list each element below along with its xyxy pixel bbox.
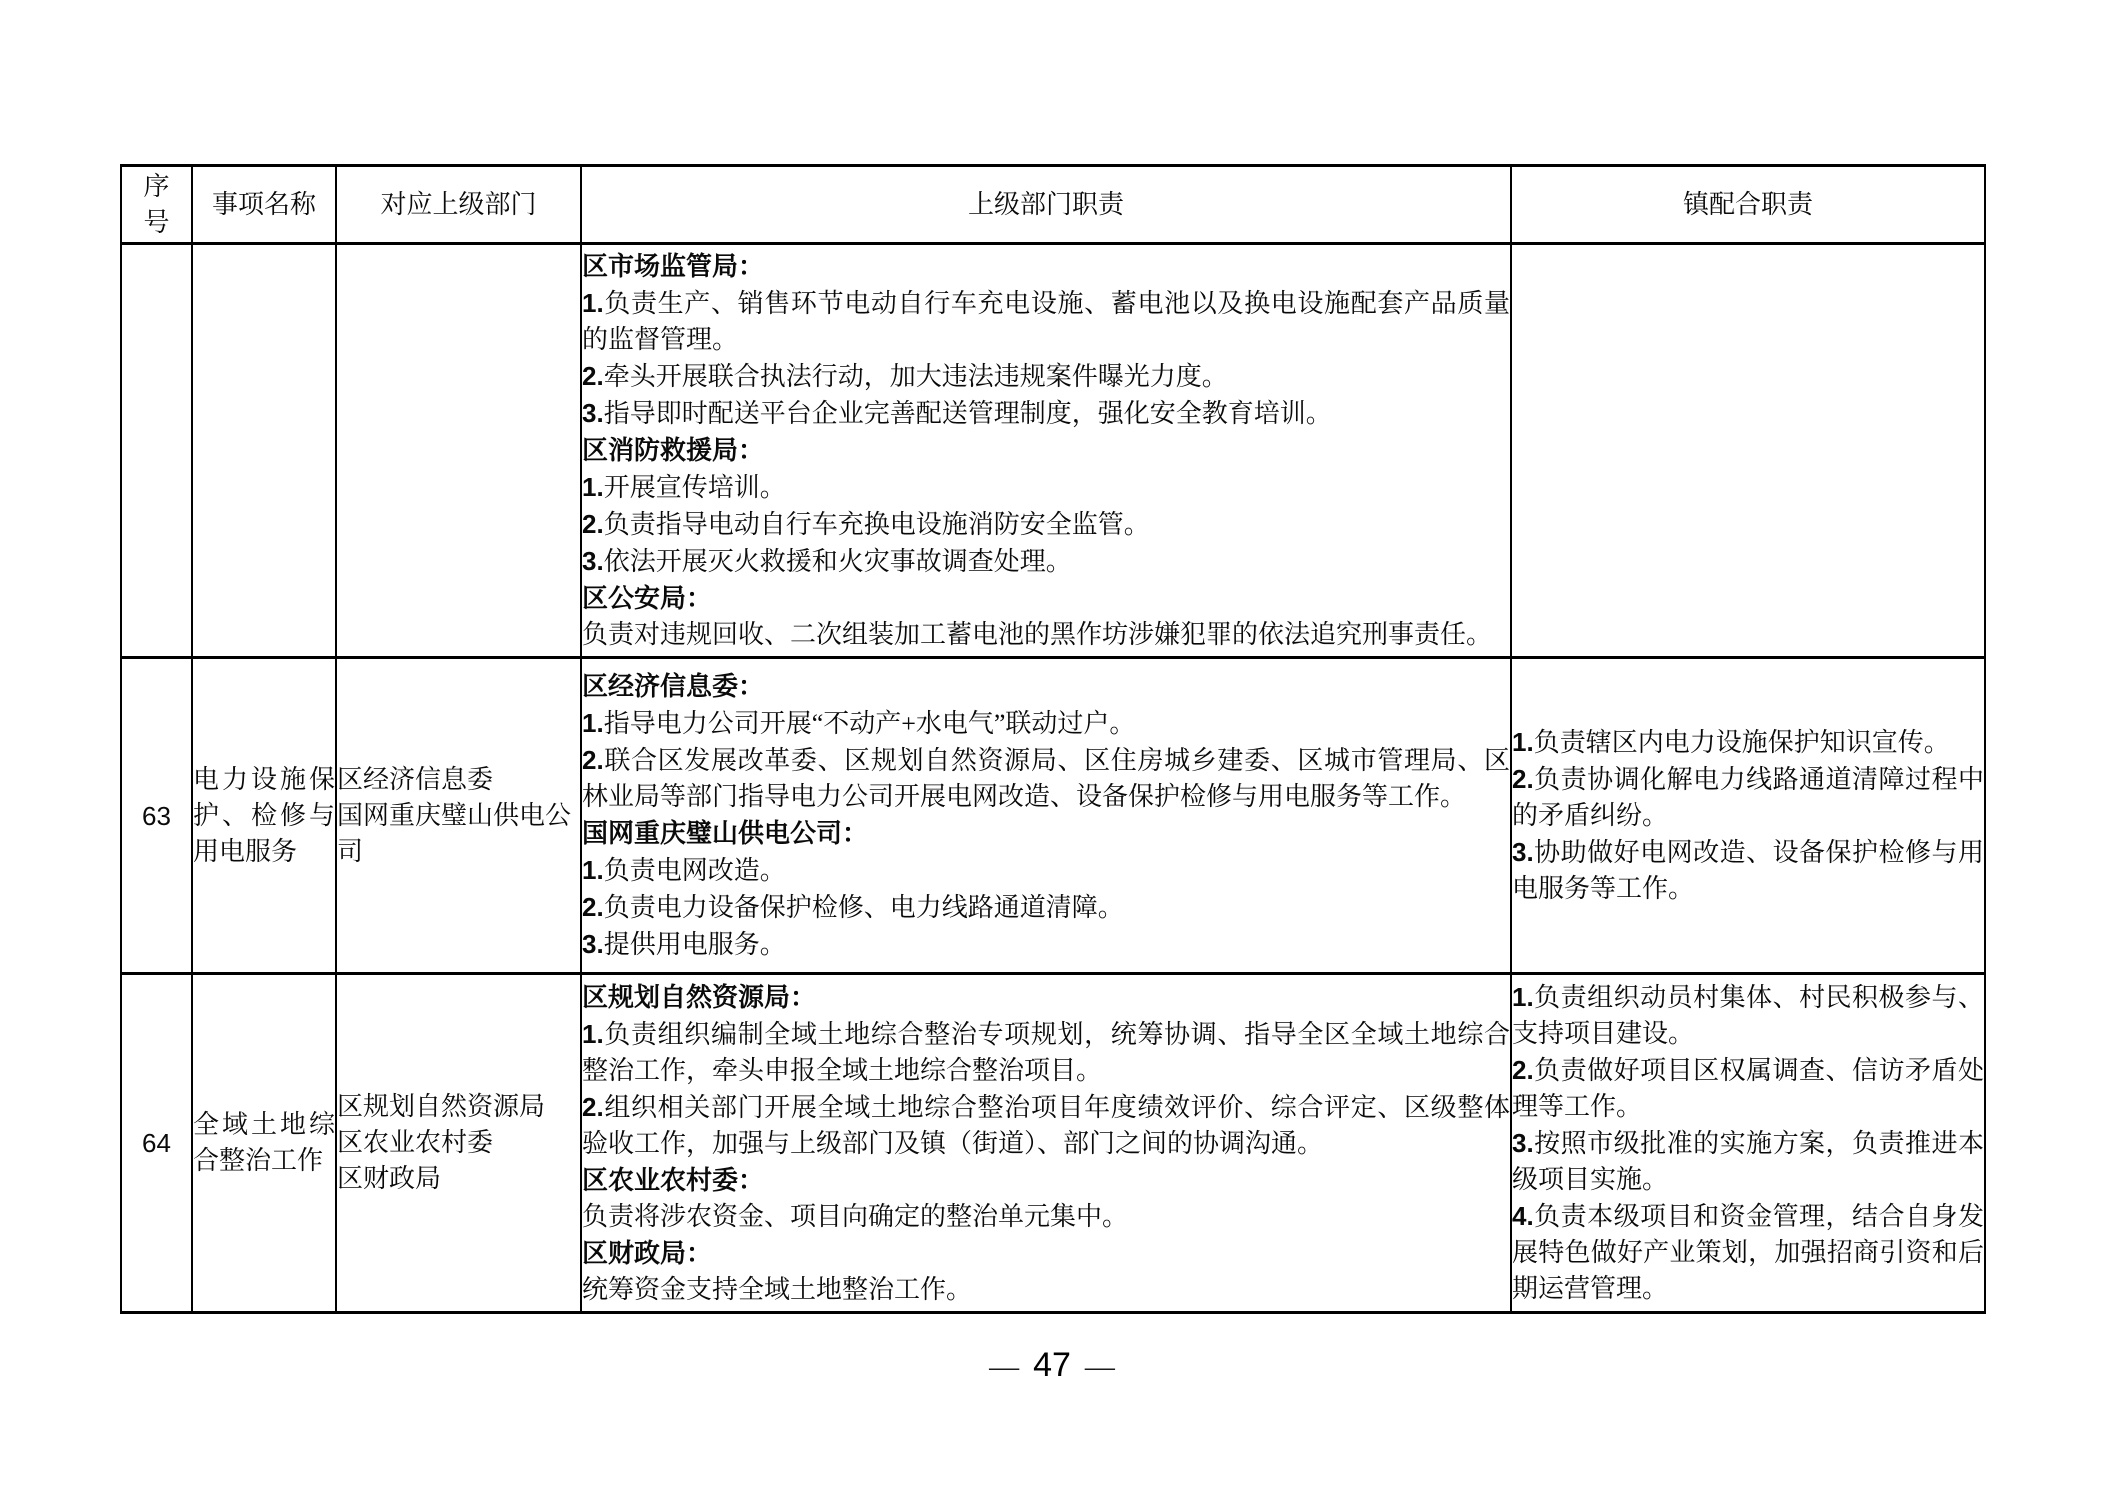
duty-dept-head: 区消防救援局： bbox=[582, 432, 1510, 469]
header-cell-2: 对应上级部门 bbox=[336, 166, 581, 244]
table-header-row: 序号事项名称对应上级部门上级部门职责镇配合职责 bbox=[121, 166, 1985, 244]
department-name: 区农业农村委 bbox=[337, 1125, 580, 1161]
duty-item: 2.联合区发展改革委、区规划自然资源局、区住房城乡建委、区城市管理局、区林业局等… bbox=[582, 742, 1510, 815]
duty-dept-head: 区经济信息委： bbox=[582, 668, 1510, 705]
duty-dept-head: 区财政局： bbox=[582, 1235, 1510, 1272]
duty-item: 1.开展宣传培训。 bbox=[582, 469, 1510, 506]
duty-item: 统筹资金支持全域土地整治工作。 bbox=[582, 1272, 1510, 1308]
duty-item: 2.负责做好项目区权属调查、信访矛盾处理等工作。 bbox=[1512, 1052, 1984, 1125]
duty-item: 3.提供用电服务。 bbox=[582, 926, 1510, 963]
table-row-cont: 区市场监管局：1.负责生产、销售环节电动自行车充电设施、蓄电池以及换电设施配套产… bbox=[121, 244, 1985, 658]
duty-item: 2.负责协调化解电力线路通道清障过程中的矛盾纠纷。 bbox=[1512, 761, 1984, 834]
item-name-cell: 电力设施保护、检修与用电服务 bbox=[192, 658, 336, 974]
duty-item: 2.组织相关部门开展全域土地综合整治项目年度绩效评价、综合评定、区级整体验收工作… bbox=[582, 1089, 1510, 1162]
duty-item: 负责将涉农资金、项目向确定的整治单元集中。 bbox=[582, 1199, 1510, 1235]
town-duties-cell: 1.负责组织动员村集体、村民积极参与、支持项目建设。2.负责做好项目区权属调查、… bbox=[1511, 974, 1985, 1313]
department-name: 区财政局 bbox=[337, 1161, 580, 1197]
duty-item: 1.负责生产、销售环节电动自行车充电设施、蓄电池以及换电设施配套产品质量的监督管… bbox=[582, 285, 1510, 358]
page-number: 47 bbox=[1033, 1346, 1071, 1384]
duty-item: 1.负责组织编制全域土地综合整治专项规划，统筹协调、指导全区全域土地综合整治工作… bbox=[582, 1016, 1510, 1089]
duty-item: 1.负责辖区内电力设施保护知识宣传。 bbox=[1512, 724, 1984, 761]
duty-dept-head: 区农业农村委： bbox=[582, 1162, 1510, 1199]
header-cell-0: 序号 bbox=[121, 166, 192, 244]
duty-item: 2.负责指导电动自行车充换电设施消防安全监管。 bbox=[582, 506, 1510, 543]
duty-item: 负责对违规回收、二次组装加工蓄电池的黑作坊涉嫌犯罪的依法追究刑事责任。 bbox=[582, 617, 1510, 653]
superior-duties-cell: 区规划自然资源局：1.负责组织编制全域土地综合整治专项规划，统筹协调、指导全区全… bbox=[581, 974, 1511, 1313]
header-cell-4: 镇配合职责 bbox=[1511, 166, 1985, 244]
seq-cell: 63 bbox=[121, 658, 192, 974]
superior-duties-cell: 区经济信息委：1.指导电力公司开展“不动产+水电气”联动过户。2.联合区发展改革… bbox=[581, 658, 1511, 974]
duty-dept-head: 区市场监管局： bbox=[582, 248, 1510, 285]
duty-item: 3.按照市级批准的实施方案，负责推进本级项目实施。 bbox=[1512, 1125, 1984, 1198]
page-footer: —47— bbox=[0, 1346, 2104, 1385]
duty-dept-head: 区公安局： bbox=[582, 580, 1510, 617]
town-duties-cell bbox=[1511, 244, 1985, 658]
item-name-cell bbox=[192, 244, 336, 658]
departments-cell: 区经济信息委国网重庆璧山供电公司 bbox=[336, 658, 581, 974]
departments-cell: 区规划自然资源局区农业农村委区财政局 bbox=[336, 974, 581, 1313]
seq-cell: 64 bbox=[121, 974, 192, 1313]
department-name: 区规划自然资源局 bbox=[337, 1089, 580, 1125]
duty-item: 1.负责电网改造。 bbox=[582, 852, 1510, 889]
table-body: 区市场监管局：1.负责生产、销售环节电动自行车充电设施、蓄电池以及换电设施配套产… bbox=[121, 244, 1985, 1313]
table-row-64: 64全域土地综合整治工作区规划自然资源局区农业农村委区财政局区规划自然资源局：1… bbox=[121, 974, 1985, 1313]
document-page: 序号事项名称对应上级部门上级部门职责镇配合职责 区市场监管局：1.负责生产、销售… bbox=[0, 0, 2104, 1488]
table-row-63: 63电力设施保护、检修与用电服务区经济信息委国网重庆璧山供电公司区经济信息委：1… bbox=[121, 658, 1985, 974]
duty-dept-head: 国网重庆璧山供电公司： bbox=[582, 815, 1510, 852]
duty-dept-head: 区规划自然资源局： bbox=[582, 979, 1510, 1016]
duty-item: 1.指导电力公司开展“不动产+水电气”联动过户。 bbox=[582, 705, 1510, 742]
responsibility-table: 序号事项名称对应上级部门上级部门职责镇配合职责 区市场监管局：1.负责生产、销售… bbox=[120, 164, 1986, 1314]
department-name: 区经济信息委 bbox=[337, 762, 580, 798]
header-cell-3: 上级部门职责 bbox=[581, 166, 1511, 244]
item-name-cell: 全域土地综合整治工作 bbox=[192, 974, 336, 1313]
duty-item: 3.指导即时配送平台企业完善配送管理制度，强化安全教育培训。 bbox=[582, 395, 1510, 432]
duty-item: 2.牵头开展联合执法行动，加大违法违规案件曝光力度。 bbox=[582, 358, 1510, 395]
departments-cell bbox=[336, 244, 581, 658]
seq-cell bbox=[121, 244, 192, 658]
duty-item: 3.依法开展灭火救援和火灾事故调查处理。 bbox=[582, 543, 1510, 580]
footer-dash-left: — bbox=[989, 1350, 1019, 1383]
duty-item: 4.负责本级项目和资金管理，结合自身发展特色做好产业策划，加强招商引资和后期运营… bbox=[1512, 1198, 1984, 1307]
superior-duties-cell: 区市场监管局：1.负责生产、销售环节电动自行车充电设施、蓄电池以及换电设施配套产… bbox=[581, 244, 1511, 658]
header-cell-1: 事项名称 bbox=[192, 166, 336, 244]
duty-item: 2.负责电力设备保护检修、电力线路通道清障。 bbox=[582, 889, 1510, 926]
town-duties-cell: 1.负责辖区内电力设施保护知识宣传。2.负责协调化解电力线路通道清障过程中的矛盾… bbox=[1511, 658, 1985, 974]
duty-item: 1.负责组织动员村集体、村民积极参与、支持项目建设。 bbox=[1512, 979, 1984, 1052]
footer-dash-right: — bbox=[1085, 1350, 1115, 1383]
duty-item: 3.协助做好电网改造、设备保护检修与用电服务等工作。 bbox=[1512, 834, 1984, 907]
department-name: 国网重庆璧山供电公司 bbox=[337, 798, 580, 870]
